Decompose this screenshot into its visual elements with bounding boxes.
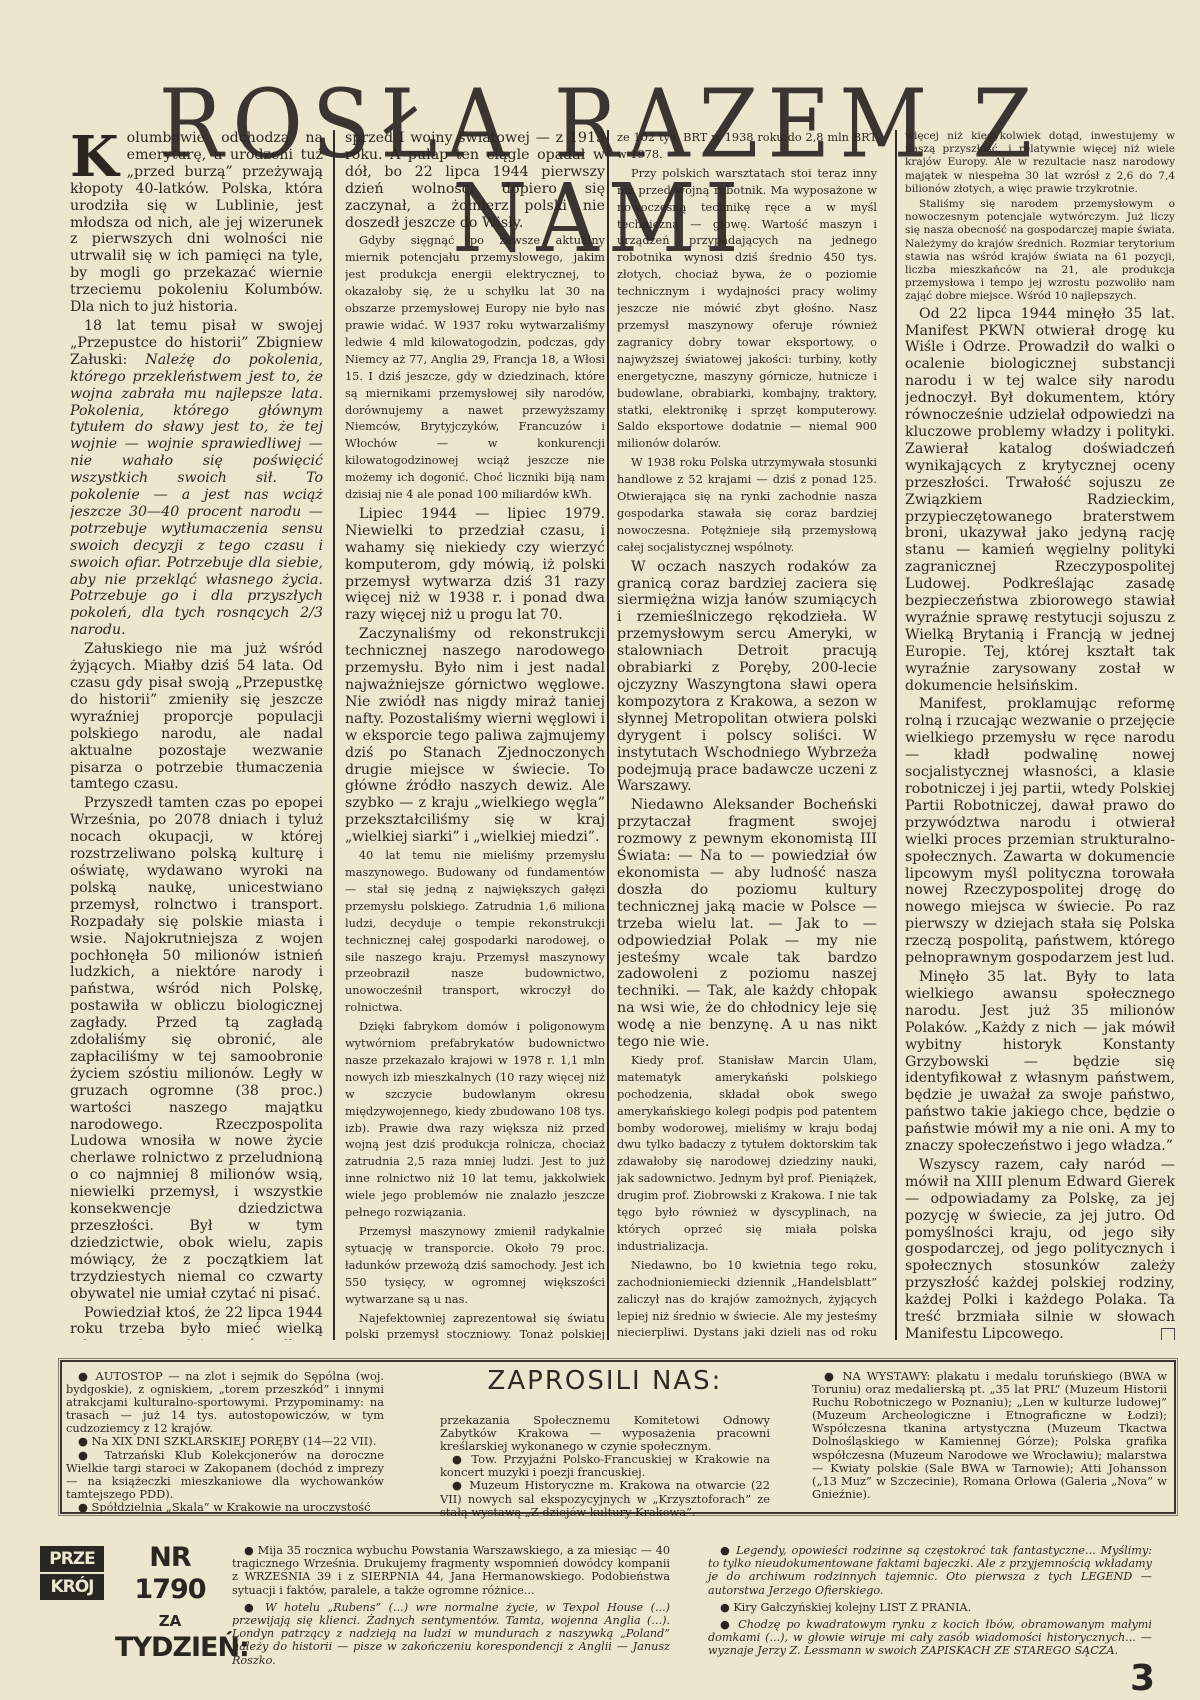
invitations-heading: ZAPROSILI NAS: (440, 1366, 770, 1396)
paragraph: W 1938 roku Polska utrzymywała stosunki … (617, 455, 877, 556)
invitations-box: ZAPROSILI NAS: ● AUTOSTOP — na zlot i se… (60, 1360, 1176, 1514)
paragraph: Zaczynaliśmy od rekonstrukcji techniczne… (345, 626, 605, 846)
preview-item: ● Kiry Gałczyńskiej kolejny LIST Z PRANI… (708, 1601, 1152, 1614)
paragraph: Manifest, proklamując reformę rolną i rz… (905, 696, 1175, 967)
column-rule (895, 130, 897, 1340)
article-column-1: Kolumbowie odchodzą na emeryturę, a urod… (70, 130, 323, 1340)
paragraph: sprzed I wojny światowej — z 1913 roku. … (345, 130, 605, 231)
paragraph: Załuskiego nie ma już wśród żyjących. Mi… (70, 641, 323, 793)
end-mark-icon (1161, 1328, 1175, 1340)
preview-item: ● Mija 35 rocznica wybuchu Powstania War… (232, 1544, 670, 1597)
preview-item: ● Legendy, opowieści rodzinne są częstok… (708, 1544, 1152, 1597)
paragraph: Przyszedł tamten czas po epopei Września… (70, 795, 323, 1302)
paragraph: Niedawno Aleksander Bocheński przytaczał… (617, 797, 877, 1051)
paragraph: 40 lat temu nie mieliśmy przemysłu maszy… (345, 848, 605, 1017)
paragraph: ze 102 tys. BRT w 1938 roku do 2,8 mln B… (617, 130, 877, 164)
invitation-item: ● NA WYSTAWY: plakatu i medalu toruńskie… (812, 1370, 1167, 1501)
paragraph: Dzięki fabrykom domów i poligonowym wytw… (345, 1019, 605, 1222)
weekly-preview: PRZE KRÓJ NR 1790 ZA TYDZIEŃ: ● Mija 35 … (0, 1540, 1200, 1700)
quote: Należę do pokolenia, którego przekleństw… (70, 352, 323, 639)
issue-number: NR 1790 (115, 1542, 225, 1606)
paragraph: Od 22 lipca 1944 minęło 35 lat. Manifest… (905, 306, 1175, 695)
invitation-item: ● Muzeum Historyczne m. Krakowa na otwar… (440, 1479, 770, 1518)
paragraph: Najefektowniej zaprezentował się światu … (345, 1311, 605, 1340)
paragraph: Powiedział ktoś, że 22 lipca 1944 roku t… (70, 1305, 323, 1340)
paragraph: Przy polskich warsztatach stoi teraz inn… (617, 166, 877, 453)
drop-cap: K (70, 134, 119, 180)
article-column-3: ze 102 tys. BRT w 1938 roku do 2,8 mln B… (617, 130, 877, 1340)
paragraph: więcej niż kiedykolwiek dotąd, inwestuje… (905, 130, 1175, 196)
invitation-item: ● AUTOSTOP — na zlot i sejmik do Sępólna… (66, 1370, 384, 1435)
invitation-item: ● Tow. Przyjaźni Polsko-Francuskiej w Kr… (440, 1453, 770, 1479)
preview-item: ● W hotelu „Rubens” (...) wre normalne ż… (232, 1601, 670, 1667)
article-column-2: sprzed I wojny światowej — z 1913 roku. … (345, 130, 605, 1340)
issue-za: ZA (115, 1610, 225, 1632)
invitation-item: ● Tatrzański Klub Kolekcjonerów na doroc… (66, 1449, 384, 1501)
preview-item: ● Chodzę po kwadratowym rynku z kocich ł… (708, 1618, 1152, 1658)
issue-tydzien: TYDZIEŃ: (115, 1632, 225, 1664)
paragraph: Przemysł maszynowy zmienił radykalnie sy… (345, 1224, 605, 1309)
preview-column-2: ● Legendy, opowieści rodzinne są częstok… (708, 1544, 1152, 1662)
paragraph: Gdyby sięgnąć po zawsze aktualny miernik… (345, 233, 605, 504)
paragraph: Minęło 35 lat. Były to lata wielkiego aw… (905, 969, 1175, 1155)
paragraph: Staliśmy się narodem przemysłowym o nowo… (905, 198, 1175, 304)
invitation-item: ● Na XIX DNI SZKLARSKIEJ PORĘBY (14—22 V… (66, 1435, 384, 1448)
invitations-column-3: ● NA WYSTAWY: plakatu i medalu toruńskie… (812, 1370, 1167, 1501)
column-rule (333, 130, 335, 1340)
paragraph: Lipiec 1944 — lipiec 1979. Niewielki to … (345, 506, 605, 624)
invitation-item: przekazania Społecznemu Komitetowi Odnow… (440, 1414, 770, 1453)
przekroj-logo: PRZE KRÓJ (40, 1546, 104, 1594)
invitation-item: ● Spółdzielnia „Skala” w Krakowie na uro… (66, 1501, 384, 1514)
issue-label: NR 1790 ZA TYDZIEŃ: (115, 1542, 225, 1664)
paragraph: W oczach naszych rodaków za granicą cora… (617, 559, 877, 796)
paragraph: Wszyscy razem, cały naród — mówił na XII… (905, 1157, 1175, 1340)
invitations-column-2: przekazania Społecznemu Komitetowi Odnow… (440, 1414, 770, 1519)
article-column-4: więcej niż kiedykolwiek dotąd, inwestuje… (905, 130, 1175, 1340)
paragraph: Niedawno, bo 10 kwietnia tego roku, zach… (617, 1258, 877, 1340)
column-rule (607, 130, 609, 1340)
preview-column-1: ● Mija 35 rocznica wybuchu Powstania War… (232, 1544, 670, 1671)
invitations-column-1: ● AUTOSTOP — na zlot i sejmik do Sępólna… (66, 1370, 384, 1514)
page-number: 3 (1130, 1658, 1155, 1699)
paragraph: Kiedy prof. Stanisław Marcin Ulam, matem… (617, 1053, 877, 1256)
